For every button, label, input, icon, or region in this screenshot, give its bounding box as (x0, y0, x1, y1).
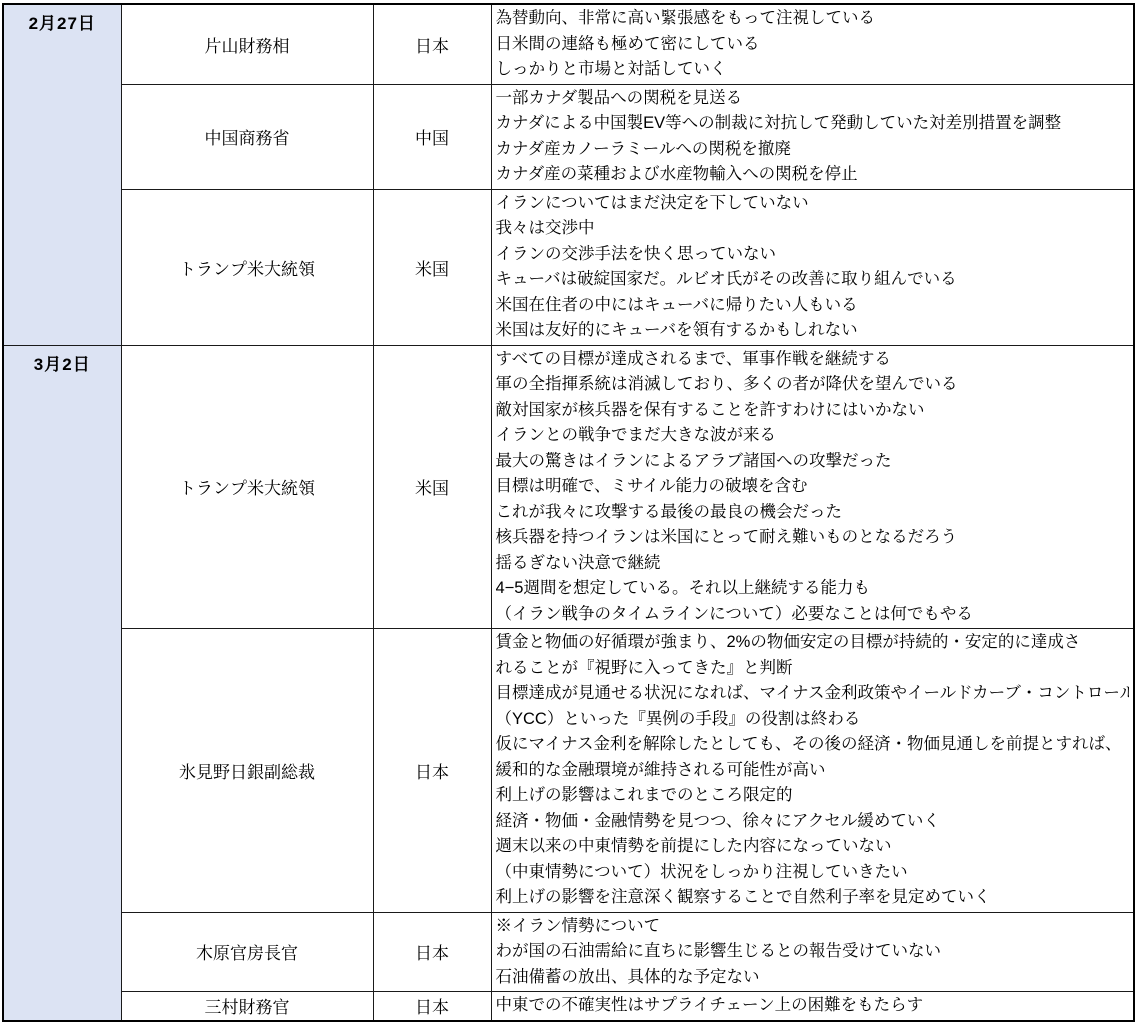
statement-line: れることが『視野に入ってきた』と判断 (496, 656, 1130, 682)
statements-cell: ※イラン情勢についてわが国の石油需給に直ちに影響生じるとの報告受けていない石油備… (491, 912, 1134, 992)
statement-line: 揺るぎない決意で継続 (496, 551, 1130, 577)
speaker-cell: 氷見野日銀副総裁 (121, 629, 373, 913)
table-row: 中国商務省中国一部カナダ製品への関税を見送るカナダによる中国製EV等への制裁に対… (3, 84, 1134, 189)
statement-line: 経済・物価・金融情勢を見つつ、徐々にアクセル緩めていく (496, 809, 1130, 835)
country-cell: 米国 (373, 345, 491, 629)
statement-line: 利上げの影響を注意深く観察することで自然利子率を見定めていく (496, 885, 1130, 911)
statement-line: 日米間の連絡も極めて密にしている (496, 32, 1130, 58)
speaker-cell: 三村財務官 (121, 992, 373, 1021)
statement-line: イランとの戦争でまだ大きな波が来る (496, 423, 1130, 449)
speaker-cell: 木原官房長官 (121, 912, 373, 992)
statement-line: 目標は明確で、ミサイル能力の破壊を含む (496, 474, 1130, 500)
country-cell: 日本 (373, 912, 491, 992)
statement-line: 我々は交渉中 (496, 216, 1130, 242)
statement-line: 一部カナダ製品への関税を見送る (496, 86, 1130, 112)
quotes-table-body: 2月27日片山財務相日本為替動向、非常に高い緊張感をもって注視している日米間の連… (3, 4, 1134, 1021)
statement-line: 米国在住者の中にはキューバに帰りたい人もいる (496, 293, 1130, 319)
statement-line: 核兵器を持つイランは米国にとって耐え難いものとなるだろう (496, 525, 1130, 551)
statements-cell: 一部カナダ製品への関税を見送るカナダによる中国製EV等への制裁に対抗して発動して… (491, 84, 1134, 189)
statement-line: カナダによる中国製EV等への制裁に対抗して発動していた対差別措置を調整 (496, 111, 1130, 137)
speaker-cell: 中国商務省 (121, 84, 373, 189)
table-row: 3月2日トランプ米大統領米国すべての目標が達成されるまで、軍事作戦を継続する軍の… (3, 345, 1134, 629)
statement-line: 軍の全指揮系統は消滅しており、多くの者が降伏を望んでいる (496, 372, 1130, 398)
speaker-cell: トランプ米大統領 (121, 345, 373, 629)
statement-line: イランについてはまだ決定を下していない (496, 191, 1130, 217)
statements-cell: 中東での不確実性はサプライチェーン上の困難をもたらす (491, 992, 1134, 1021)
statement-line: キューバは破綻国家だ。ルビオ氏がその改善に取り組んでいる (496, 267, 1130, 293)
table-row: 2月27日片山財務相日本為替動向、非常に高い緊張感をもって注視している日米間の連… (3, 4, 1134, 84)
statement-line: 最大の驚きはイランによるアラブ諸国への攻撃だった (496, 449, 1130, 475)
statement-line: これが我々に攻撃する最後の最良の機会だった (496, 500, 1130, 526)
statement-line: （YCC）といった『異例の手段』の役割は終わる (496, 707, 1130, 733)
statement-line: イランの交渉手法を快く思っていない (496, 242, 1130, 268)
page: 2月27日片山財務相日本為替動向、非常に高い緊張感をもって注視している日米間の連… (0, 0, 1138, 1026)
statements-cell: 為替動向、非常に高い緊張感をもって注視している日米間の連絡も極めて密にしているし… (491, 4, 1134, 84)
table-row: 氷見野日銀副総裁日本賃金と物価の好循環が強まり、2%の物価安定の目標が持続的・安… (3, 629, 1134, 913)
statement-line: 緩和的な金融環境が維持される可能性が高い (496, 758, 1130, 784)
country-cell: 日本 (373, 629, 491, 913)
country-cell: 米国 (373, 189, 491, 345)
statement-line: 石油備蓄の放出、具体的な予定ない (496, 965, 1130, 991)
statement-line: 敵対国家が核兵器を保有することを許すわけにはいかない (496, 398, 1130, 424)
statement-line: 仮にマイナス金利を解除したとしても、その後の経済・物価見通しを前提とすれば、 (496, 732, 1130, 758)
statements-cell: 賃金と物価の好循環が強まり、2%の物価安定の目標が持続的・安定的に達成されること… (491, 629, 1134, 913)
table-row: トランプ米大統領米国イランについてはまだ決定を下していない我々は交渉中イランの交… (3, 189, 1134, 345)
statement-line: 賃金と物価の好循環が強まり、2%の物価安定の目標が持続的・安定的に達成さ (496, 630, 1130, 656)
date-label: 3月2日 (5, 350, 120, 375)
statement-line: 為替動向、非常に高い緊張感をもって注視している (496, 6, 1130, 32)
statement-line: （中東情勢について）状況をしっかり注視していきたい (496, 860, 1130, 886)
statement-line: 利上げの影響はこれまでのところ限定的 (496, 783, 1130, 809)
statement-line: しっかりと市場と対話していく (496, 57, 1130, 83)
country-cell: 中国 (373, 84, 491, 189)
statement-line: 4−5週間を想定している。それ以上継続する能力も (496, 576, 1130, 602)
date-label: 2月27日 (5, 9, 120, 34)
date-cell: 2月27日 (3, 4, 121, 345)
speaker-cell: トランプ米大統領 (121, 189, 373, 345)
statement-line: わが国の石油需給に直ちに影響生じるとの報告受けていない (496, 939, 1130, 965)
speaker-cell: 片山財務相 (121, 4, 373, 84)
statements-cell: イランについてはまだ決定を下していない我々は交渉中イランの交渉手法を快く思ってい… (491, 189, 1134, 345)
statement-line: （イラン戦争のタイムラインについて）必要なことは何でもやる (496, 602, 1130, 628)
quotes-table: 2月27日片山財務相日本為替動向、非常に高い緊張感をもって注視している日米間の連… (2, 3, 1135, 1022)
date-cell: 3月2日 (3, 345, 121, 1021)
table-row: 三村財務官日本中東での不確実性はサプライチェーン上の困難をもたらす (3, 992, 1134, 1021)
table-row: 木原官房長官日本※イラン情勢についてわが国の石油需給に直ちに影響生じるとの報告受… (3, 912, 1134, 992)
statement-line: ※イラン情勢について (496, 914, 1130, 940)
statement-line: カナダ産の菜種および水産物輸入への関税を停止 (496, 162, 1130, 188)
statement-line: 週末以来の中東情勢を前提にした内容になっていない (496, 834, 1130, 860)
statement-line: 米国は友好的にキューバを領有するかもしれない (496, 318, 1130, 344)
statement-line: 目標達成が見通せる状況になれば、マイナス金利政策やイールドカーブ・コントロール (496, 681, 1130, 707)
statement-line: 中東での不確実性はサプライチェーン上の困難をもたらす (496, 993, 1130, 1019)
statement-line: カナダ産カノーラミールへの関税を撤廃 (496, 137, 1130, 163)
statements-cell: すべての目標が達成されるまで、軍事作戦を継続する軍の全指揮系統は消滅しており、多… (491, 345, 1134, 629)
statement-line: すべての目標が達成されるまで、軍事作戦を継続する (496, 347, 1130, 373)
country-cell: 日本 (373, 4, 491, 84)
country-cell: 日本 (373, 992, 491, 1021)
